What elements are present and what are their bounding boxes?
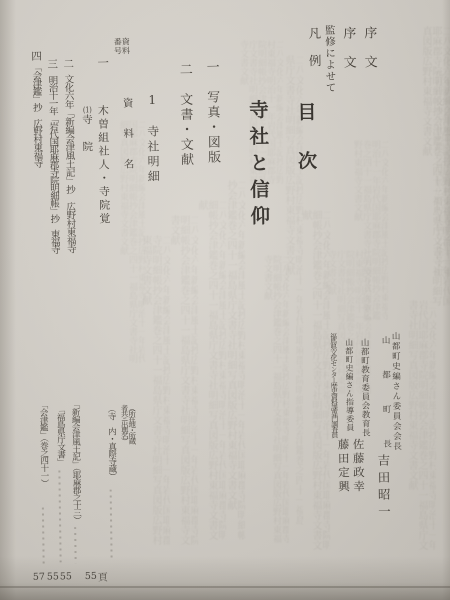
toc-item-note: （寺 内・真際寺蔵）	[106, 405, 116, 480]
toc-entry-notes: 凡例	[307, 27, 320, 82]
column-header-document-name: 資料名	[122, 97, 134, 189]
toc-item-title: 明治十一年「岩代国耶麻郡寺院明細帳」抄 東福寺	[47, 75, 59, 252]
toc-item-note: 「福島県庁文書」	[55, 405, 64, 465]
toc-item-title: 文化六年「新編会津風土記」抄 広野村東福寺	[63, 74, 75, 253]
toc-entry-photos-plates: 一 写真・図版	[205, 60, 219, 165]
toc-subsection-temples: (1)寺 院	[81, 106, 92, 155]
credit-name: 藤田定興	[337, 438, 349, 494]
toc-item-title: 「会津鑑」抄 広野村東福寺	[31, 63, 42, 167]
toc-item-title: 木曽組社人・寺院覚	[97, 105, 110, 227]
toc-entry-preface-2: 序文	[341, 26, 355, 84]
toc-item-note: 「会津鑑」（巻之四十一）	[38, 400, 48, 486]
legend-note: （所在地・所蔵者共ニ出典名）	[120, 404, 136, 446]
credit-title: 山都町教育委員会教育長	[360, 338, 370, 437]
toc-entry-supervisor-note: 監修によせて	[324, 24, 335, 93]
toc-item-number: 四	[31, 51, 42, 62]
book-page-photo: 二八文化六年新編会津風土記抄広野村東福寺明治十一年岩代国耶麻郡寺院明細帳抄会津鑑…	[0, 0, 450, 600]
page-title: 目次	[295, 102, 315, 200]
toc-leader-dots	[58, 470, 61, 562]
toc-item-number: 三	[47, 58, 58, 69]
section-title: 寺社と信仰	[247, 99, 268, 232]
toc-subsection-label: 寺 院	[81, 114, 94, 155]
credit-name: 吉田昭一	[376, 454, 389, 522]
toc-item-number: 一	[97, 57, 109, 69]
page-right-shadow	[442, 0, 450, 600]
credit-title: 福島県文化センター歴史資料課専門調査員	[329, 332, 338, 442]
toc-item-number: 二	[63, 58, 74, 69]
credit-name: 佐藤政幸	[352, 438, 364, 494]
credit-title: 山都町史編さん委員会会長	[390, 332, 400, 452]
toc-entry-preface-1: 序文	[362, 26, 376, 84]
toc-leader-dots	[110, 490, 113, 560]
toc-subsection-number: (1)	[83, 106, 92, 114]
toc-entry-documents: 二 文書・文献	[178, 62, 192, 167]
toc-item-note: 「新編会津風土記」（耶麻郡之十三）	[70, 400, 80, 523]
toc-subheading-temple-details: 1 寺社明細	[146, 93, 159, 185]
page-bottom-shadow	[0, 556, 450, 600]
credit-title: 山都町史編さん指導委員	[345, 338, 354, 432]
page-content: 序文 序文 監修によせて 凡例 目次 寺社と信仰 一 写真・図版 二 文書・文献…	[0, 0, 450, 600]
column-header-document-number: 資料番号	[113, 37, 129, 63]
